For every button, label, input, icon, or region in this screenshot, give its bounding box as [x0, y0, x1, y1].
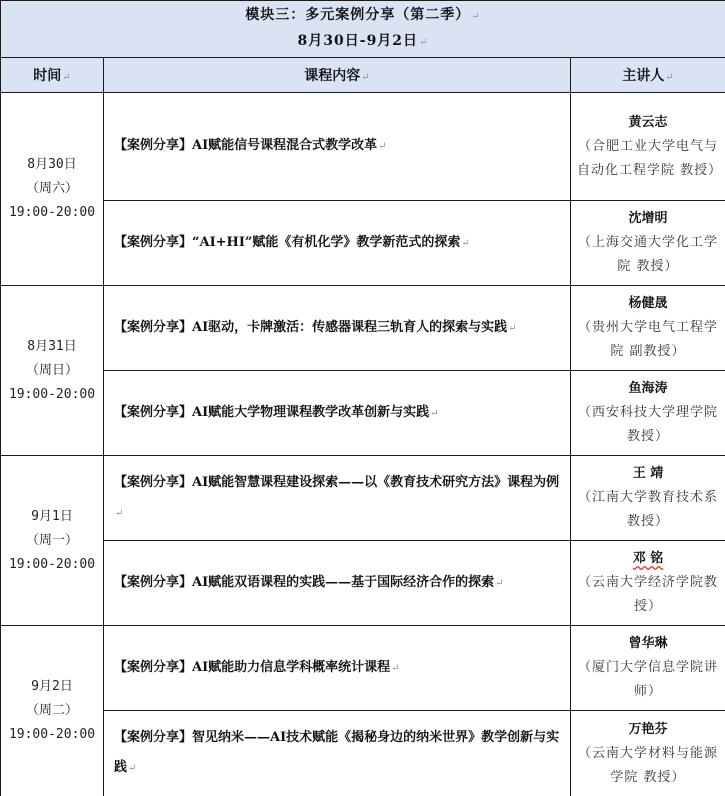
time-cell: 8月30日 （周六） 19:00-20:00: [1, 93, 104, 286]
table-row: 【案例分享】AI赋能双语课程的实践——基于国际经济合作的探索↵ 邓 铭 （云南大…: [1, 541, 725, 626]
course-cell: 【案例分享】AI赋能智慧课程建设探索——以《教育技术研究方法》课程为例↵: [104, 456, 571, 541]
date: 8月30日: [1, 153, 103, 177]
speaker-name: 鱼海涛: [577, 377, 719, 401]
course-cell: 【案例分享】AI赋能助力信息学科概率统计课程↵: [104, 626, 571, 711]
paragraph-mark-icon: ↵: [361, 72, 369, 83]
paragraph-mark-icon: ↵: [508, 323, 516, 334]
speaker-affiliation: （江南大学教育技术系 教授）: [577, 486, 719, 534]
table-row: 【案例分享】智见纳米——AI技术赋能《揭秘身边的纳米世界》教学创新与实践↵ 万艳…: [1, 711, 725, 796]
speaker-name: 沈增明: [577, 207, 719, 231]
speaker-cell: 邓 铭 （云南大学经济学院教授）: [571, 541, 725, 626]
speaker-cell: 王 靖 （江南大学教育技术系 教授）: [571, 456, 725, 541]
table-row: 【案例分享】“AI+HI”赋能《有机化学》教学新范式的探索↵ 沈增明 （上海交通…: [1, 201, 725, 286]
speaker-affiliation: （云南大学经济学院教授）: [577, 571, 719, 619]
speaker-cell: 黄云志 （合肥工业大学电气与自动化工程学院 教授）: [571, 93, 725, 201]
speaker-affiliation: （合肥工业大学电气与自动化工程学院 教授）: [577, 135, 719, 183]
paragraph-mark-icon: ↵: [391, 663, 399, 674]
time-range: 19:00-20:00: [1, 201, 103, 225]
column-header-course: 课程内容↵: [104, 58, 571, 93]
date: 9月2日: [1, 675, 103, 699]
speaker-affiliation: （西安科技大学理学院 教授）: [577, 401, 719, 449]
course-cell: 【案例分享】AI赋能双语课程的实践——基于国际经济合作的探索↵: [104, 541, 571, 626]
speaker-name: 杨健晟: [577, 292, 719, 316]
module-title: 模块三：多元案例分享（第二季）: [245, 7, 470, 23]
speaker-cell: 杨健晟 （贵州大学电气工程学院 副教授）: [571, 286, 725, 371]
speaker-name: 邓 铭: [577, 547, 719, 571]
course-cell: 【案例分享】AI驱动，卡牌激活：传感器课程三轨育人的探索与实践↵: [104, 286, 571, 371]
table-row: 9月1日 （周一） 19:00-20:00 【案例分享】AI赋能智慧课程建设探索…: [1, 456, 725, 541]
paragraph-mark-icon: ↵: [495, 578, 503, 589]
speaker-affiliation: （厦门大学信息学院讲师）: [577, 656, 719, 704]
column-header-speaker: 主讲人↵: [571, 58, 725, 93]
time-cell: 8月31日 （周日） 19:00-20:00: [1, 286, 104, 456]
speaker-cell: 沈增明 （上海交通大学化工学院 教授）: [571, 201, 725, 286]
course-cell: 【案例分享】“AI+HI”赋能《有机化学》教学新范式的探索↵: [104, 201, 571, 286]
course-cell: 【案例分享】AI赋能大学物理课程教学改革创新与实践↵: [104, 371, 571, 456]
speaker-affiliation: （贵州大学电气工程学院 副教授）: [577, 316, 719, 364]
speaker-name: 曾华琳: [577, 632, 719, 656]
paragraph-mark-icon: ↵: [62, 72, 70, 83]
paragraph-mark-icon: ↵: [419, 37, 428, 48]
weekday: （周日）: [1, 359, 103, 383]
speaker-name: 万艳芬: [577, 718, 719, 742]
time-range: 19:00-20:00: [1, 383, 103, 407]
date: 8月31日: [1, 335, 103, 359]
time-cell: 9月1日 （周一） 19:00-20:00: [1, 456, 104, 626]
date-range: 8月30日-9月2日: [298, 33, 419, 49]
course-cell: 【案例分享】AI赋能信号课程混合式教学改革↵: [104, 93, 571, 201]
weekday: （周二）: [1, 699, 103, 723]
speaker-cell: 鱼海涛 （西安科技大学理学院 教授）: [571, 371, 725, 456]
table-row: 9月2日 （周二） 19:00-20:00 【案例分享】AI赋能助力信息学科概率…: [1, 626, 725, 711]
paragraph-mark-icon: ↵: [115, 508, 123, 519]
paragraph-mark-icon: ↵: [471, 11, 480, 22]
time-range: 19:00-20:00: [1, 723, 103, 747]
weekday: （周一）: [1, 529, 103, 553]
paragraph-mark-icon: ↵: [665, 72, 673, 83]
paragraph-mark-icon: ↵: [461, 238, 469, 249]
schedule-table: 模块三：多元案例分享（第二季）↵ 8月30日-9月2日↵ 时间↵ 课程内容↵ 主…: [0, 0, 725, 796]
course-cell: 【案例分享】智见纳米——AI技术赋能《揭秘身边的纳米世界》教学创新与实践↵: [104, 711, 571, 796]
paragraph-mark-icon: ↵: [128, 763, 136, 774]
paragraph-mark-icon: ↵: [378, 141, 386, 152]
column-header-row: 时间↵ 课程内容↵ 主讲人↵: [1, 58, 725, 93]
column-header-time: 时间↵: [1, 58, 104, 93]
table-row: 【案例分享】AI赋能大学物理课程教学改革创新与实践↵ 鱼海涛 （西安科技大学理学…: [1, 371, 725, 456]
date: 9月1日: [1, 505, 103, 529]
time-cell: 9月2日 （周二） 19:00-20:00: [1, 626, 104, 796]
weekday: （周六）: [1, 177, 103, 201]
paragraph-mark-icon: ↵: [430, 408, 438, 419]
time-range: 19:00-20:00: [1, 553, 103, 577]
speaker-affiliation: （上海交通大学化工学院 教授）: [577, 231, 719, 279]
speaker-name: 黄云志: [577, 111, 719, 135]
speaker-affiliation: （云南大学材料与能源学院 教授）: [577, 742, 719, 790]
table-row: 8月31日 （周日） 19:00-20:00 【案例分享】AI驱动，卡牌激活：传…: [1, 286, 725, 371]
table-row: 8月30日 （周六） 19:00-20:00 【案例分享】AI赋能信号课程混合式…: [1, 93, 725, 201]
title-row: 模块三：多元案例分享（第二季）↵ 8月30日-9月2日↵: [1, 1, 725, 58]
title-cell: 模块三：多元案例分享（第二季）↵ 8月30日-9月2日↵: [1, 1, 725, 58]
speaker-cell: 曾华琳 （厦门大学信息学院讲师）: [571, 626, 725, 711]
speaker-cell: 万艳芬 （云南大学材料与能源学院 教授）: [571, 711, 725, 796]
speaker-name: 王 靖: [577, 462, 719, 486]
